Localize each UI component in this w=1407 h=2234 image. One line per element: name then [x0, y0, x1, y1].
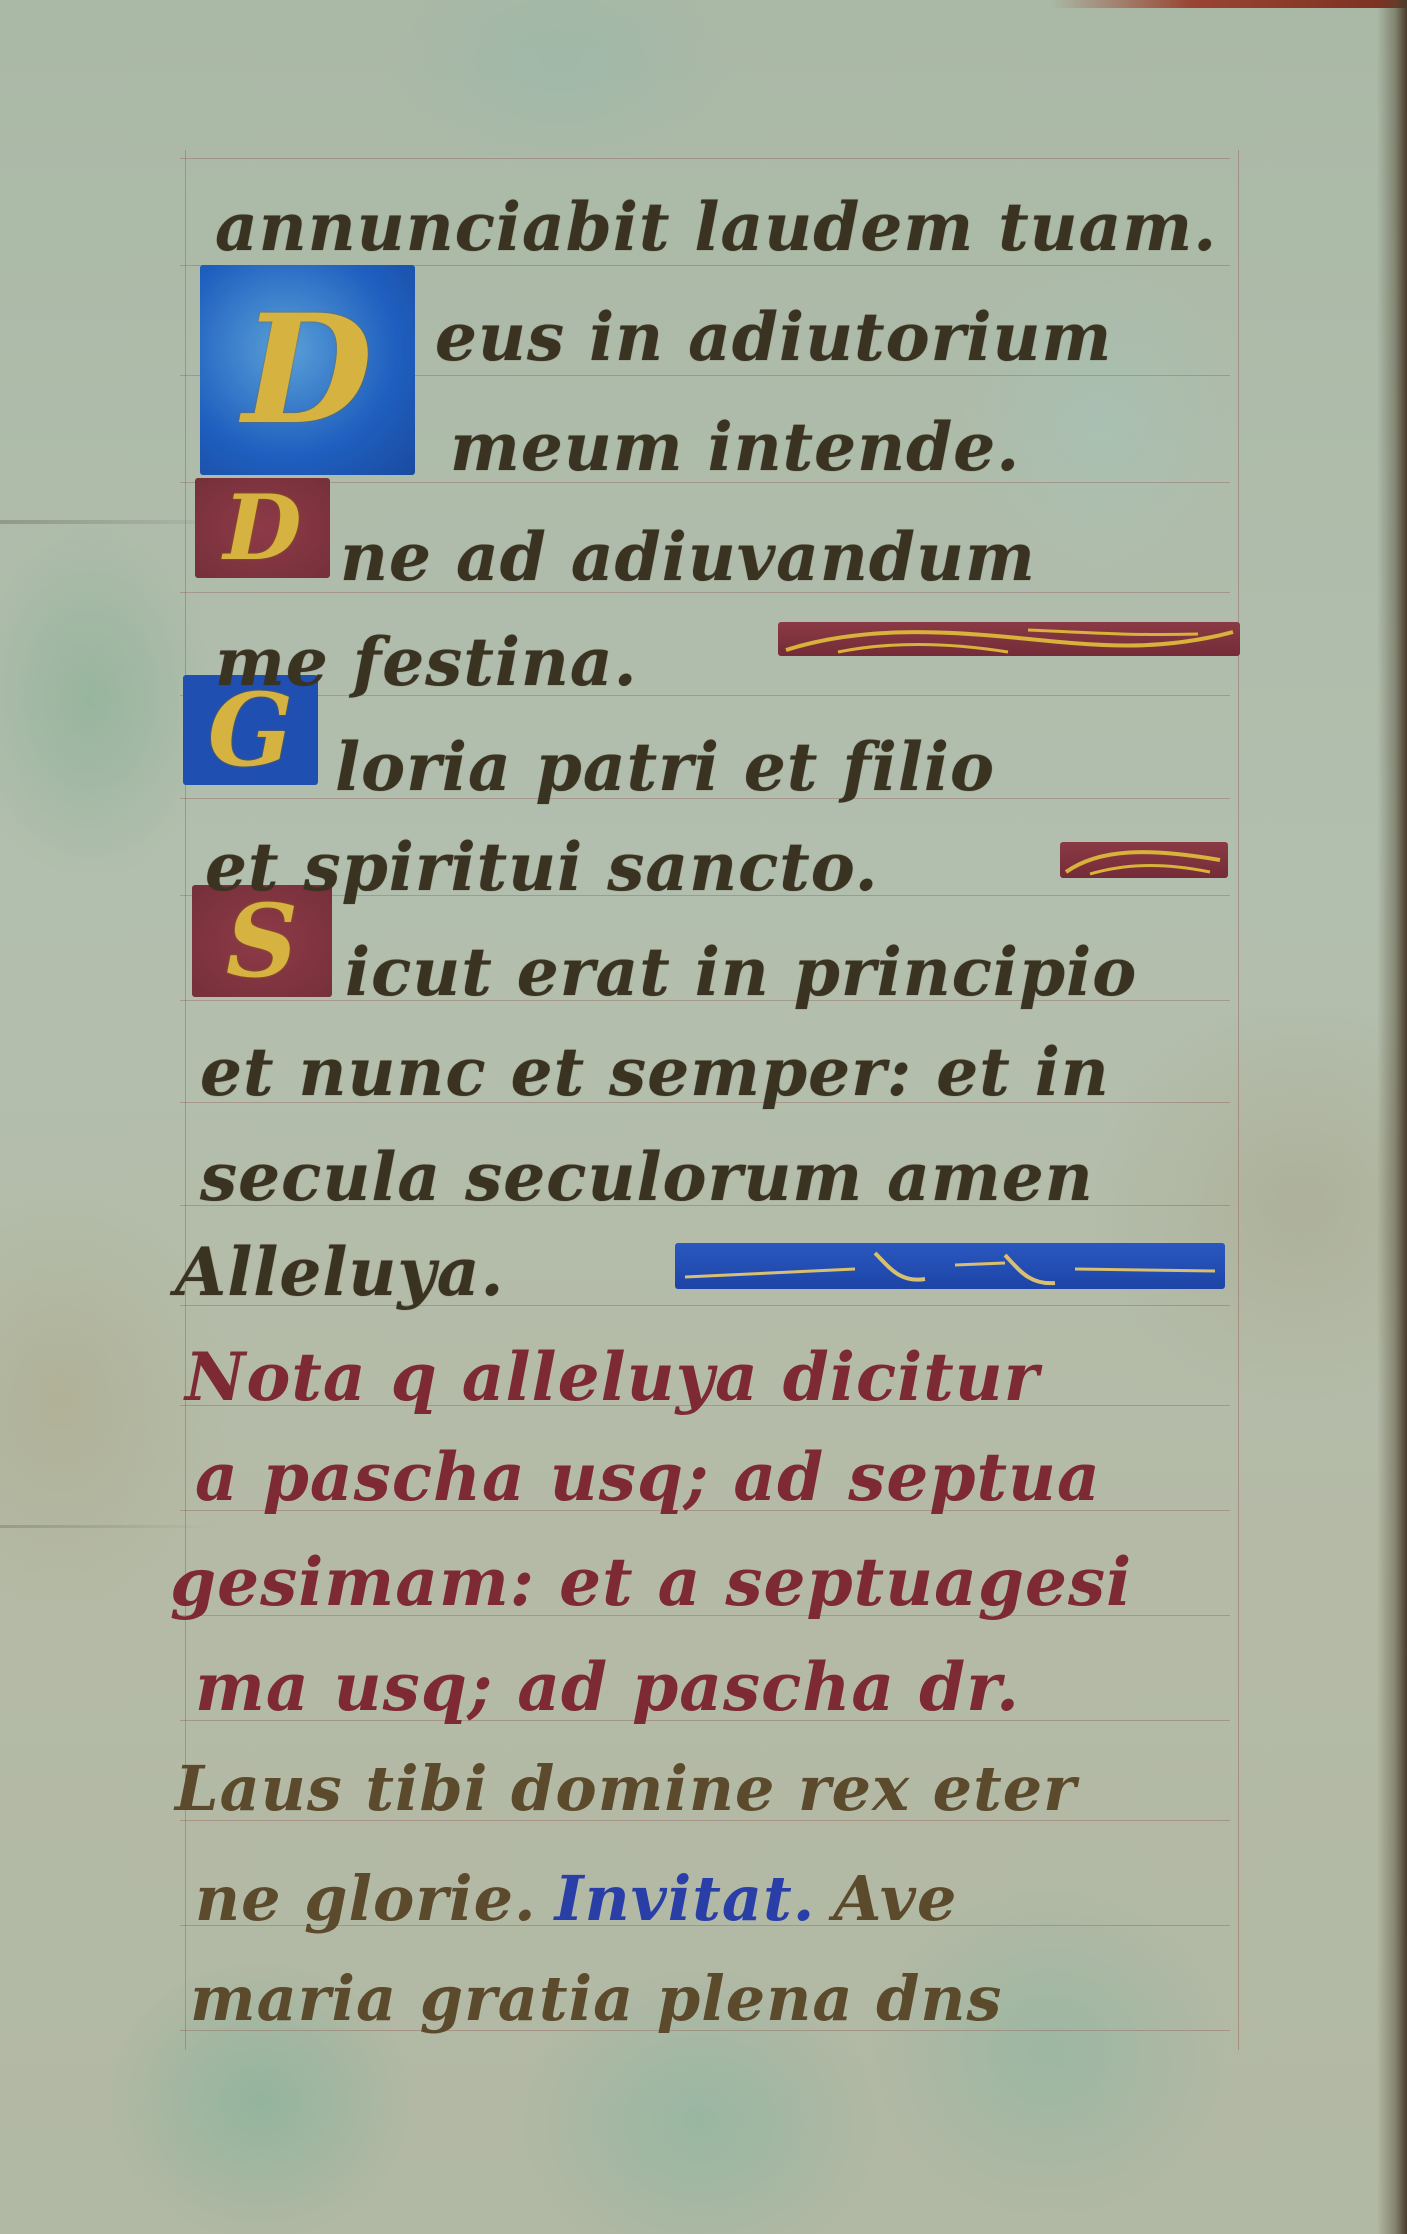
line-text: Alleluya. [175, 1239, 505, 1305]
ruling-line-right [1238, 150, 1239, 2050]
decorated-initial-D-blue: D [200, 265, 415, 475]
line-text: Ave [833, 1868, 957, 1930]
text-line-16: Laus tibi domine rex eter [175, 1720, 1077, 1820]
text-line-7: et spiritui sancto. [205, 800, 879, 900]
line-text: gesimam: et a septuagesi [170, 1549, 1132, 1615]
line-text: ma usq; ad pascha dr. [195, 1654, 1020, 1720]
line-text: ne glorie. [195, 1868, 537, 1930]
binding-edge [1377, 0, 1407, 2234]
line-text: a pascha usq; ad septua [195, 1444, 1101, 1510]
decorated-initial-D-red: D [195, 478, 330, 578]
text-line-6: loria patri et filio [335, 700, 995, 800]
gold-vine-icon [1060, 842, 1228, 878]
line-text: et spiritui sancto. [205, 834, 879, 900]
text-line-11: Alleluya. [175, 1205, 505, 1305]
rubric-line-2: a pascha usq; ad septua [195, 1410, 1101, 1510]
line-filler-red [778, 622, 1240, 656]
text-line-10: secula seculorum amen [200, 1110, 1094, 1210]
line-text: ne ad adiuvandum [340, 524, 1036, 590]
line-text: eus in adiutorium [435, 304, 1112, 370]
text-line-18: maria gratia plena dns [190, 1930, 1002, 2030]
line-text: annunciabit laudem tuam. [215, 194, 1217, 260]
text-line-9: et nunc et semper: et in [200, 1005, 1110, 1105]
gold-tendril-icon [675, 1243, 1225, 1289]
rubric-line-1: Nota q alleluya dicitur [185, 1310, 1039, 1410]
text-line-2: eus in adiutorium [435, 270, 1112, 370]
text-line-5: me festina. [215, 595, 638, 695]
line-filler-red [1060, 842, 1228, 878]
line-text: icut erat in principio [345, 939, 1137, 1005]
line-text: maria gratia plena dns [190, 1968, 1002, 2030]
page-top-edge [1050, 0, 1407, 8]
line-text: et nunc et semper: et in [200, 1039, 1110, 1105]
text-line-3: meum intende. [450, 380, 1020, 480]
rubric-invitatory-label: Invitat. [555, 1868, 816, 1930]
line-text: me festina. [215, 629, 638, 695]
line-text: loria patri et filio [335, 734, 995, 800]
initial-letter: D [223, 475, 301, 581]
text-line-1: annunciabit laudem tuam. [215, 160, 1217, 260]
line-text: Laus tibi domine rex eter [175, 1758, 1077, 1820]
line-text: Nota q alleluya dicitur [185, 1344, 1039, 1410]
text-line-4: ne ad adiuvandum [340, 490, 1036, 590]
text-line-8: icut erat in principio [345, 905, 1137, 1005]
gold-vine-icon [778, 622, 1240, 656]
text-line-17: ne glorie. Invitat. Ave [195, 1830, 957, 1930]
initial-letter: D [242, 282, 372, 458]
line-text: meum intende. [450, 414, 1020, 480]
line-filler-blue [675, 1243, 1225, 1289]
rubric-line-3: gesimam: et a septuagesi [170, 1515, 1132, 1615]
rubric-line-4: ma usq; ad pascha dr. [195, 1620, 1020, 1720]
line-text: secula seculorum amen [200, 1144, 1094, 1210]
ruling-line [180, 158, 1230, 159]
